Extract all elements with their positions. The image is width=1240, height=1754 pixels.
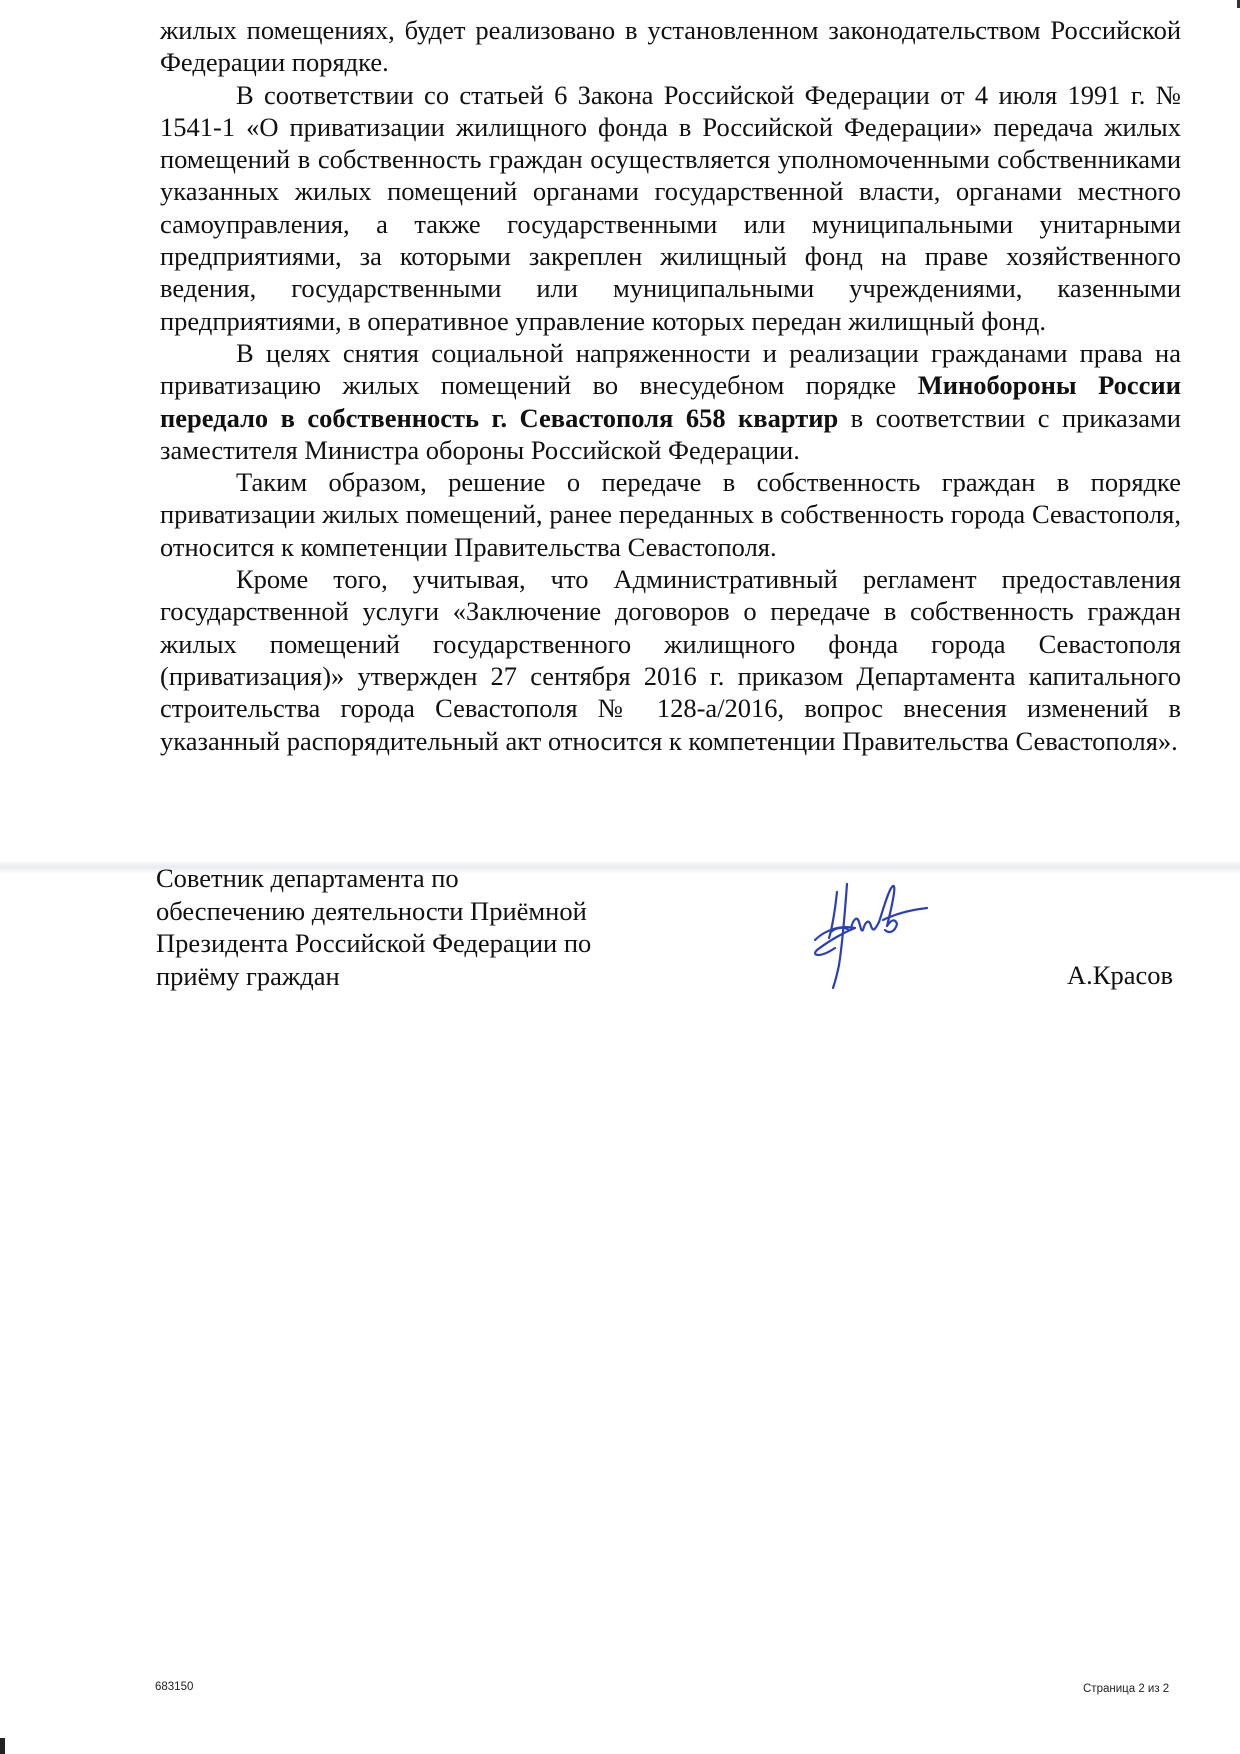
position-line: Советник департамента по (156, 862, 676, 895)
position-line: обеспечению деятельности Приёмной (156, 895, 676, 928)
paragraph-privatization-law: В соответствии со статьей 6 Закона Росси… (160, 79, 1181, 337)
position-line: приёму граждан (156, 960, 676, 993)
position-line: Президента Российской Федерации по (156, 927, 676, 960)
document-number: 683150 (155, 1681, 193, 1693)
document-page: жилых помещениях, будет реализовано в ус… (0, 0, 1240, 1754)
paragraph-competence: Таким образом, решение о передаче в собс… (160, 466, 1181, 563)
handwritten-signature-icon (795, 870, 935, 995)
page-number: Страница 2 из 2 (1083, 1683, 1169, 1695)
letter-body: жилых помещениях, будет реализовано в ус… (160, 14, 1181, 757)
signatory-position: Советник департамента по обеспечению дея… (156, 862, 676, 992)
scan-edge-mark (0, 1738, 5, 1754)
paragraph-mod-transfer: В целях снятия социальной напряженности … (160, 337, 1181, 466)
signatory-name: А.Красов (1067, 959, 1173, 991)
paragraph-regulation: Кроме того, учитывая, что Административн… (160, 563, 1181, 757)
paragraph-continuation: жилых помещениях, будет реализовано в ус… (160, 14, 1181, 79)
